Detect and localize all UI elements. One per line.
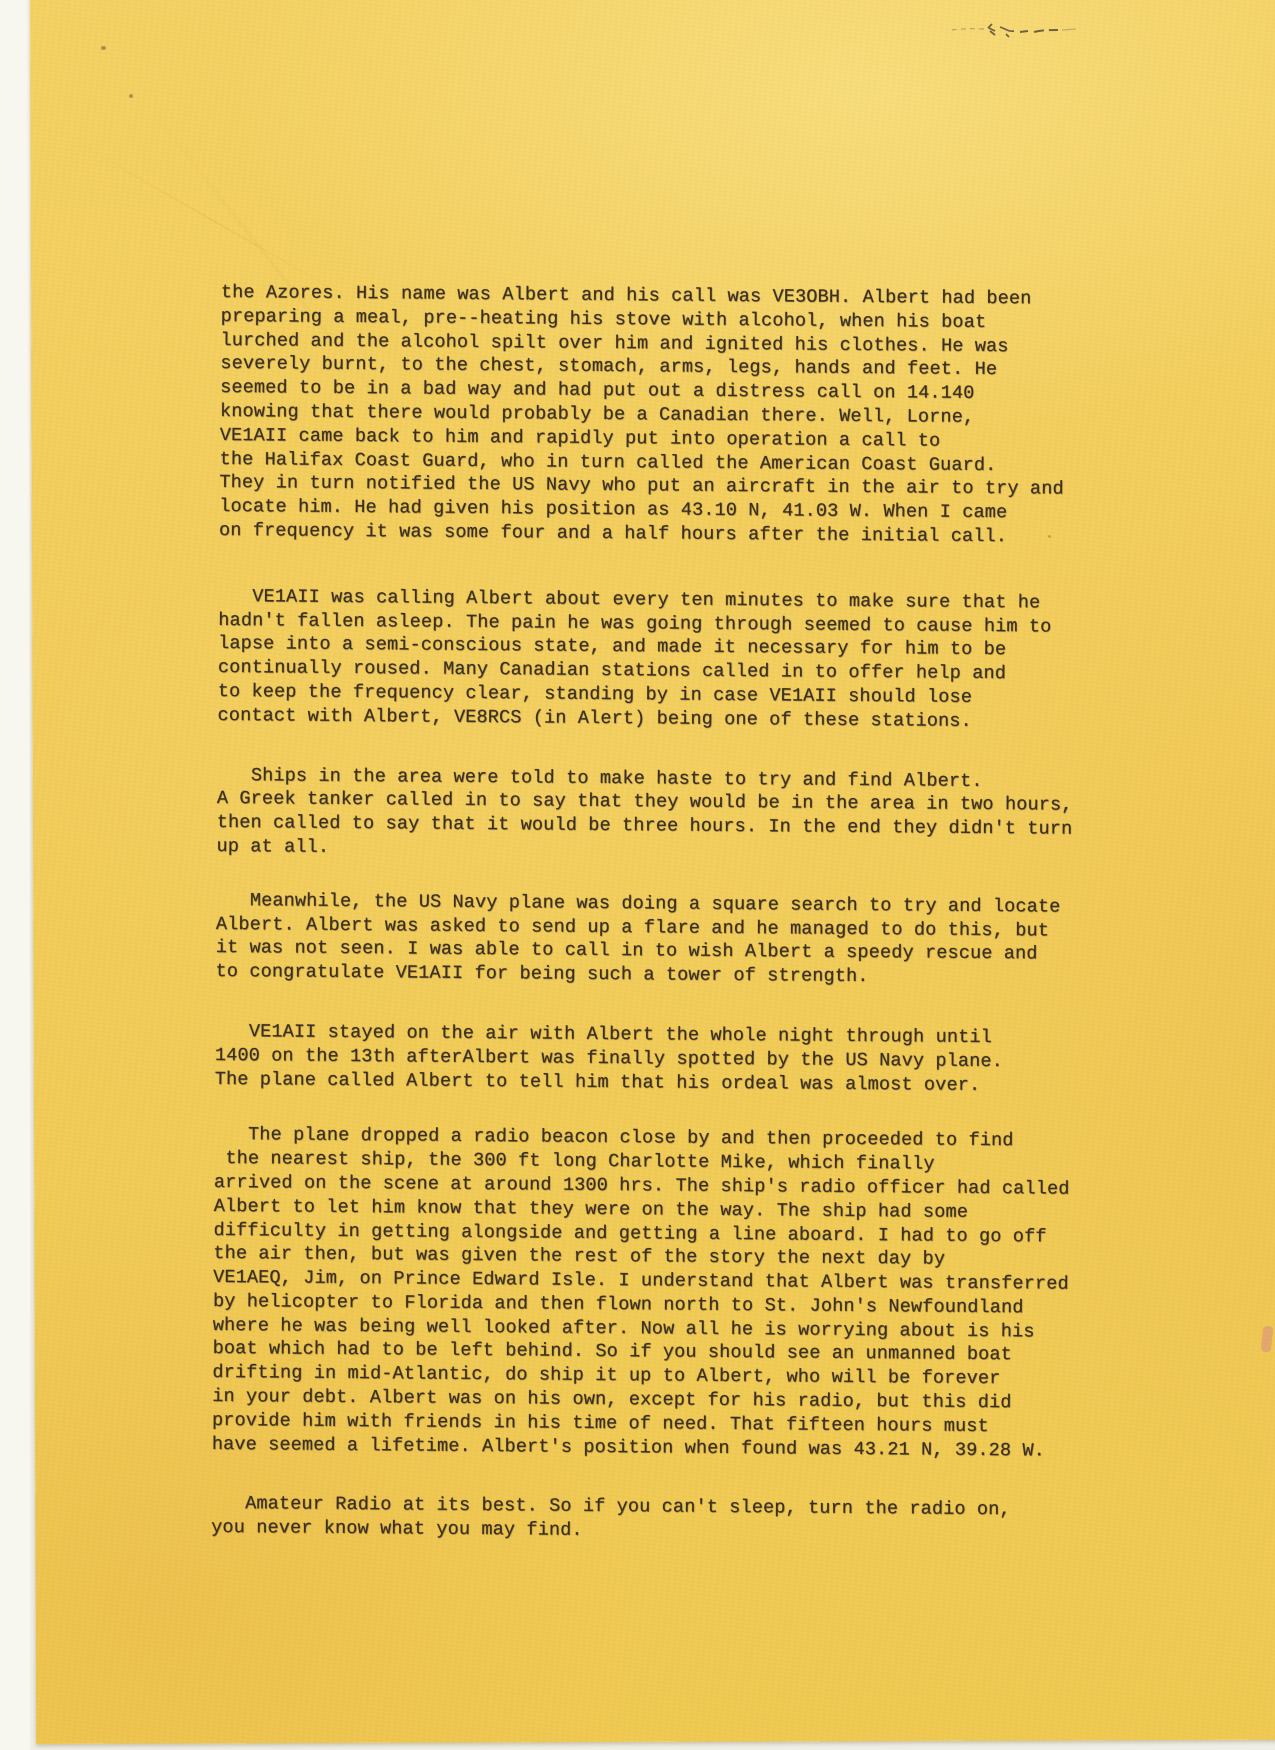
paragraph: Amateur Radio at its best. So if you can… — [211, 1492, 1091, 1547]
paragraph: Meanwhile, the US Navy plane was doing a… — [215, 889, 1096, 991]
dust-speck — [101, 46, 106, 50]
pen-scribble-mark — [950, 16, 1080, 44]
typewritten-text-block: the Azores. His name was Albert and his … — [211, 281, 1101, 1583]
paragraph: VE1AII was calling Albert about every te… — [217, 585, 1098, 735]
paragraph: Ships in the area were told to make hast… — [216, 764, 1097, 866]
paragraph: The plane dropped a radio beacon close b… — [212, 1123, 1095, 1463]
dust-speck — [129, 94, 133, 98]
paragraph: the Azores. His name was Albert and his … — [219, 281, 1101, 550]
paragraph: VE1AII stayed on the air with Albert the… — [215, 1020, 1096, 1098]
scan-background: the Azores. His name was Albert and his … — [0, 0, 1275, 1750]
